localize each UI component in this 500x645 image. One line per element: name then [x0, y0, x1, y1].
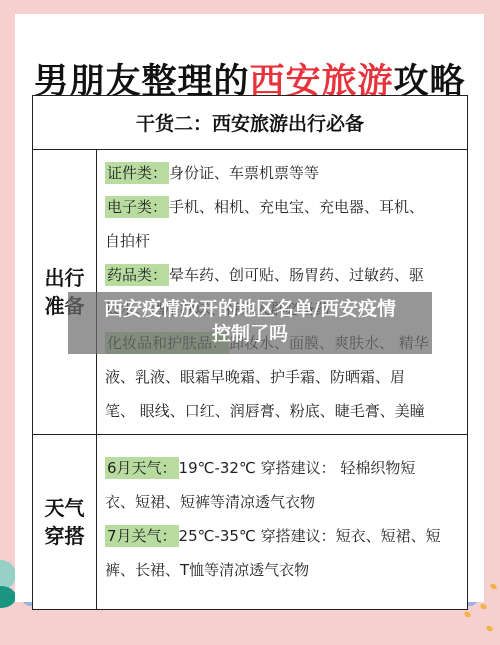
item-tag: 7月关气：: [105, 525, 179, 547]
category-label: 出行: [33, 264, 96, 292]
table-header-row: 干货二：西安旅游出行必备: [33, 96, 468, 150]
item-tag: 电子类：: [105, 196, 169, 218]
item-text: 身份证、车票机票等等: [169, 164, 319, 182]
category-cell: 天气 穿搭: [33, 435, 97, 610]
table-row: 天气 穿搭 6月天气：19℃-32℃ 穿搭建议： 轻棉织物短 衣、短裙、短裤等清…: [33, 435, 468, 610]
item-text: 液、乳液、眼霜早晚霜、护手霜、防晒霜、眉: [105, 360, 461, 394]
item-tag: 6月天气：: [105, 457, 179, 479]
item-text: 笔、 眼线、口红、润唇膏、粉底、睫毛膏、美瞳: [105, 394, 461, 428]
item-text: 自拍杆: [105, 224, 461, 258]
category-label: 穿搭: [33, 522, 96, 550]
item-text: 25℃-35℃ 穿搭建议：短衣、短裙、短: [179, 527, 441, 545]
item-text: 手机、相机、充电宝、充电器、耳机、: [169, 198, 424, 216]
list-item: 电子类：手机、相机、充电宝、充电器、耳机、: [105, 190, 461, 224]
item-text: 19℃-32℃ 穿搭建议： 轻棉织物短: [179, 459, 416, 477]
list-item: 6月天气：19℃-32℃ 穿搭建议： 轻棉织物短: [105, 451, 461, 485]
list-item: 药品类：晕车药、创可贴、肠胃药、过敏药、驱: [105, 258, 461, 292]
item-tag: 证件类：: [105, 162, 169, 184]
item-text: 衣、短裙、短裤等清凉透气衣物: [105, 485, 461, 519]
list-item: 7月关气：25℃-35℃ 穿搭建议：短衣、短裙、短: [105, 519, 461, 553]
item-text: 晕车药、创可贴、肠胃药、过敏药、驱: [169, 266, 424, 284]
headline-overlay[interactable]: 西安疫情放开的地区名单/西安疫情 控制了吗: [68, 292, 432, 354]
list-item: 证件类：身份证、车票机票等等: [105, 156, 461, 190]
category-label: 天气: [33, 494, 96, 522]
leaf-dark-icon: [0, 586, 16, 608]
table-header: 干货二：西安旅游出行必备: [33, 96, 468, 150]
overlay-line-1: 西安疫情放开的地区名单/西安疫情: [68, 297, 432, 322]
overlay-line-2: 控制了吗: [68, 322, 432, 347]
item-tag: 药品类：: [105, 264, 169, 286]
item-text: 裤、长裙、T恤等清凉透气衣物: [105, 553, 461, 587]
content-cell: 6月天气：19℃-32℃ 穿搭建议： 轻棉织物短 衣、短裙、短裤等清凉透气衣物 …: [97, 435, 468, 610]
